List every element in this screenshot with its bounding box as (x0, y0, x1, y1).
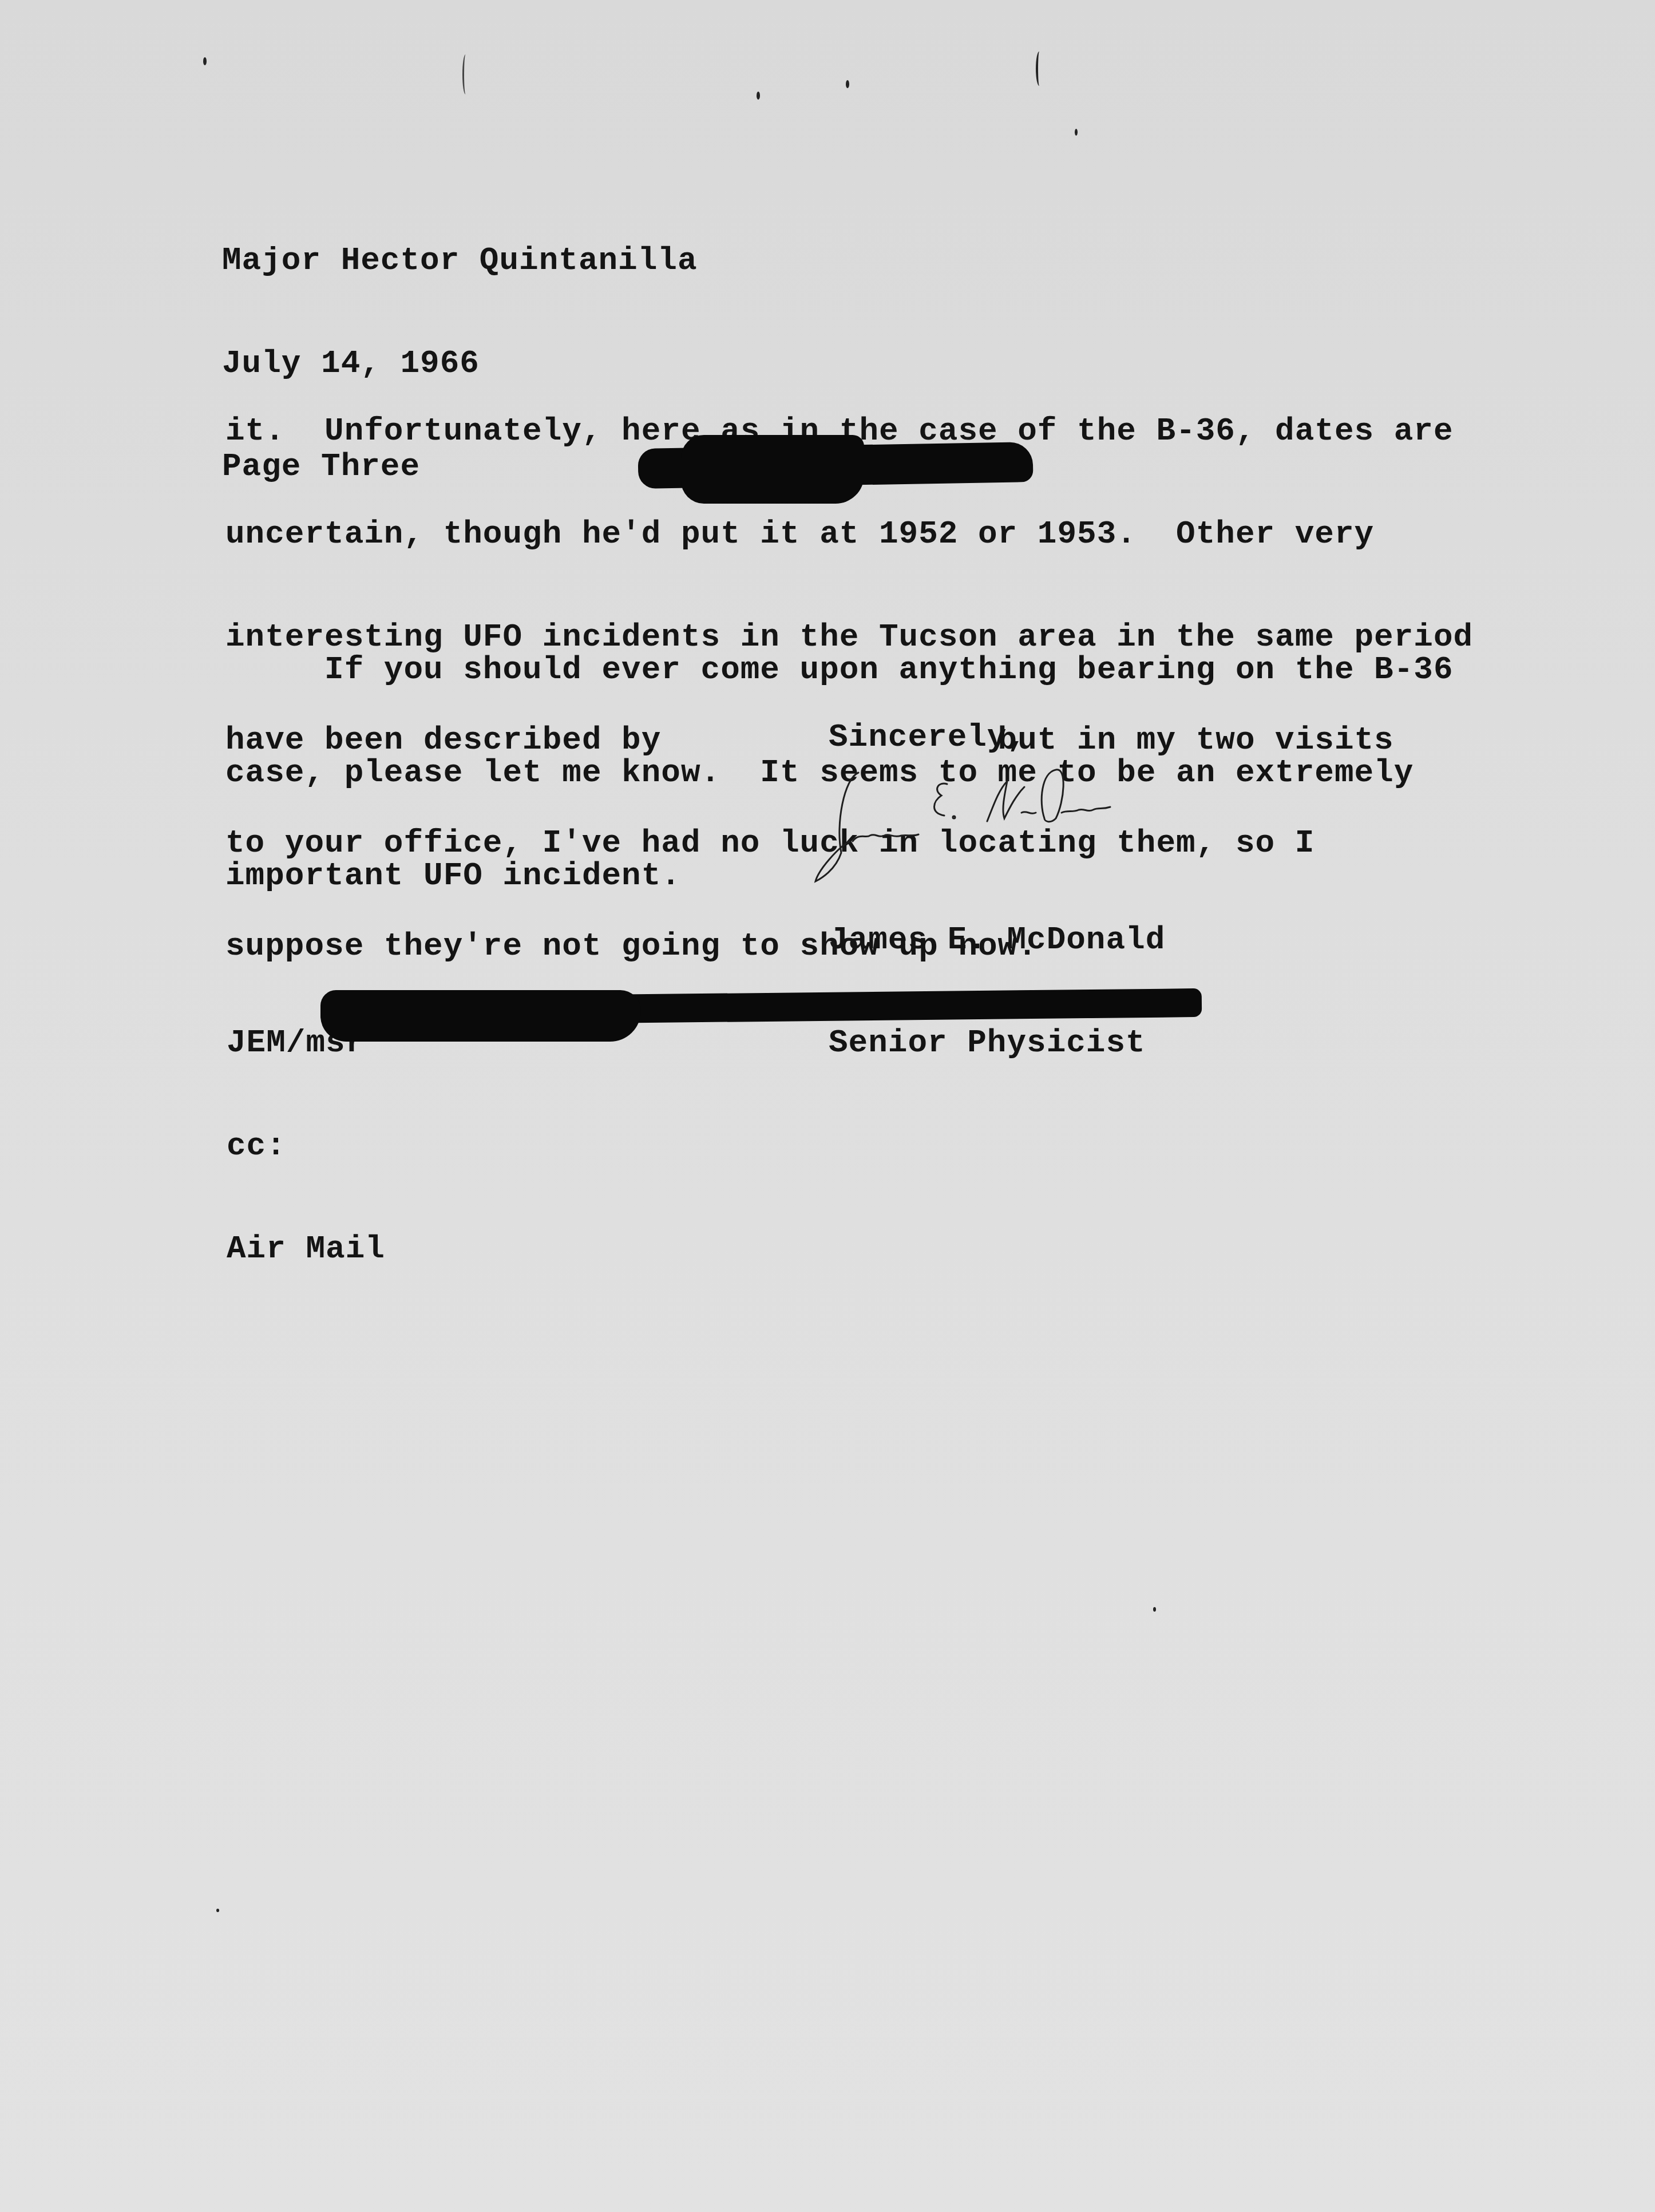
scan-speck (203, 57, 207, 65)
scan-speck (216, 1909, 219, 1912)
signer-name: James E. McDonald (829, 923, 1165, 957)
scan-mark (462, 54, 469, 94)
scan-speck (757, 92, 760, 100)
signer-title: Senior Physicist (829, 1026, 1165, 1060)
scan-speck (1153, 1607, 1156, 1612)
cc-label: cc: (227, 1129, 385, 1163)
document-page: Major Hector Quintanilla July 14, 1966 P… (0, 0, 1655, 2212)
scan-speck (846, 80, 849, 88)
recipient: Major Hector Quintanilla (222, 243, 698, 278)
paragraph-line: If you should ever come upon anything be… (225, 652, 1454, 687)
closing: Sincerely, (829, 720, 1027, 754)
delivery-method: Air Mail (227, 1232, 385, 1266)
scan-speck (1075, 129, 1078, 136)
redaction-mark (320, 990, 641, 1042)
redaction-mark (681, 435, 864, 504)
scan-mark (1036, 52, 1043, 86)
paragraph-line: uncertain, though he'd put it at 1952 or… (225, 517, 1473, 551)
